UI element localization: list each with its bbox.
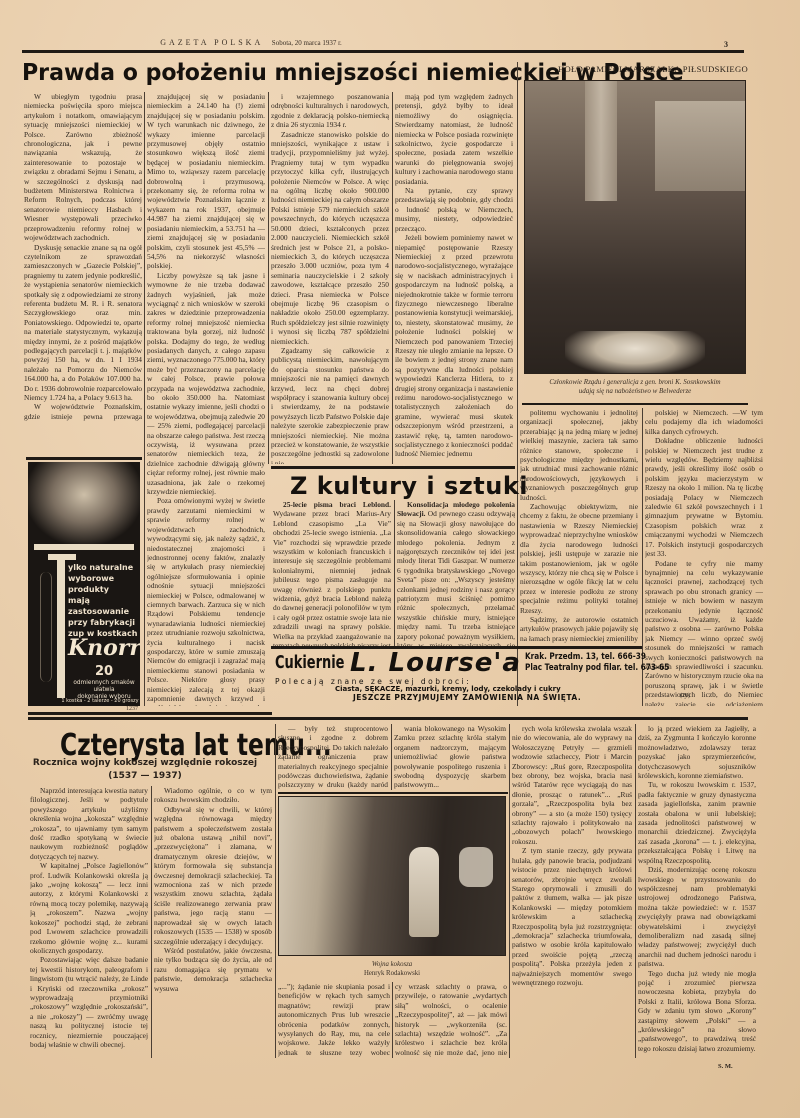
paragraph: rych wola królewska zwołała wszak nie do… — [512, 724, 632, 846]
paragraph: W województwie Poznańskim, gdzie istniej… — [24, 402, 142, 422]
flavor-count: 20 — [68, 664, 140, 679]
article-subtitle: Rocznica wojny kokoszej względnie rokosz… — [30, 758, 260, 768]
section-rule — [278, 792, 508, 794]
paragraph: mają pod tym względem żadnych pretensji,… — [395, 92, 513, 186]
paragraph: Z tym stanie rzeczy, gdy prywata hulała,… — [512, 846, 632, 987]
paragraph: Konsolidacja młodego pokolenia Słowacji.… — [397, 500, 515, 646]
paragraph: Na pytanie, czy sprawy przedstawiają się… — [395, 186, 513, 233]
paragraph: — były też stuprocentowo słuszne i zgodn… — [278, 724, 388, 790]
culture-column-2: Konsolidacja młodego pokolenia Słowacji.… — [397, 500, 515, 646]
author-signature: S. M. — [718, 1063, 733, 1070]
knorr-logo: Knorr — [68, 635, 140, 661]
ad-price: 1 kostka - 2 talerze - 20 groszy — [60, 698, 140, 704]
column-divider — [517, 62, 518, 706]
paragraph: Tu, w rokoszu lwowskim r. 1537, padła fa… — [638, 780, 756, 865]
painting-title: Wojna kokosza — [278, 960, 506, 969]
paragraph: Wśród postulatów, jakie ówczesna, nie ty… — [154, 946, 272, 993]
column-divider — [509, 724, 510, 1058]
paragraph: Wiadomo ogólnie, o co w tym rokoszu lwow… — [154, 786, 272, 805]
section-rule — [28, 712, 272, 715]
soup-pot-illustration — [28, 462, 140, 544]
painting-wojna-kokosza — [278, 796, 506, 956]
paragraph: Poza omówionymi wyżej w świetle prawdy z… — [147, 496, 265, 706]
paragraph: Dziś, modernizując ocenę rokoszu lwowski… — [638, 865, 756, 968]
history-column-4b: cy wrzask szlachty o prawa, o przywileje… — [395, 982, 507, 1058]
paragraph: lo ją przed wiekiem za Jagiełły, a dziś,… — [638, 724, 756, 780]
paragraph: politemu wychowaniu i jednolitej organiz… — [520, 408, 638, 502]
paragraph: W kapitalnej „Polsce Jagiellonów” prof. … — [30, 861, 148, 955]
history-column-1: Naprzód interesująca kwestia natury filo… — [30, 786, 148, 1058]
column-divider — [151, 786, 152, 1058]
ad-copy: ylko naturalne wyborowe produkty mają za… — [68, 562, 140, 639]
article-column-3: i wzajemnego poszanowania odrębności kul… — [271, 92, 389, 464]
paragraph: Zachowując obiektywizm, nie chcemy z fak… — [520, 502, 638, 615]
ad-line: ylko naturalne — [68, 562, 140, 573]
page-number: 3 — [724, 40, 728, 49]
section-rule — [28, 717, 748, 720]
paragraph: Odbywał się w chwili, w której względna … — [154, 805, 272, 946]
article-column-2: znajdującej się w posiadaniu niemieckim … — [147, 92, 265, 706]
paragraph: polskiej w Niemczech. —W tym celu podaje… — [645, 408, 763, 436]
ad-prefix: Cukiernie — [275, 652, 344, 673]
culture-column-1: 25-lecie pisma braci Leblond. Wydawane p… — [273, 500, 391, 646]
paragraph: Jeżeli bowiem pominiemy nawet w niepamię… — [395, 233, 513, 459]
paragraph: 25-lecie pisma braci Leblond. Wydawane p… — [273, 500, 391, 646]
paragraph: W ubiegłym tygodniu prasa niemiecka pośw… — [24, 92, 142, 243]
history-column-3b: „...”); żądanie nie skupiania posad i be… — [278, 982, 390, 1058]
lourse-logo: L. Lourse'a — [350, 648, 521, 678]
issue-date: Sobota, 20 marca 1937 r. — [272, 39, 342, 47]
paragraph: Zasadnicze stanowisko polskie do mniejsz… — [271, 130, 389, 346]
masthead-rule — [22, 50, 744, 53]
ad-reference: (28) — [680, 693, 690, 699]
ad-address: Krak. Przedm. 13, tel. 666-39 Plac Teatr… — [525, 652, 669, 674]
column-divider — [275, 724, 276, 1058]
column-divider — [392, 92, 393, 464]
caption-line: udają się na nabożeństwo w Belwederze — [524, 387, 746, 396]
history-column-5: rych wola królewska zwołała wszak nie do… — [512, 724, 632, 1058]
paragraph: Tego ducha już wtedy nie mogła pojąć i z… — [638, 969, 756, 1054]
history-column-3: — były też stuprocentowo słuszne i zgodn… — [278, 724, 388, 790]
steam-icon — [40, 572, 52, 682]
paragraph: Zgadzamy się całkowicie z publicystą nie… — [271, 346, 389, 464]
ad-line: wyborowe produkty — [68, 573, 140, 595]
column-divider — [391, 724, 392, 790]
address-line: Plac Teatralny pod filar. tel. 673-65 — [525, 663, 669, 674]
ad-line: przy fabrykacji — [68, 617, 140, 628]
photo-section-title: HOŁD PAMIĘCI MARSZAŁKA PIŁSUDSKIEGO — [522, 64, 784, 74]
knorr-advertisement: ylko naturalne wyborowe produkty mają za… — [28, 462, 140, 706]
belweder-photo — [524, 80, 746, 374]
paper-name: GAZETA POLSKA — [160, 38, 263, 47]
paragraph: wania blokowanego na Wysokim Zamku przez… — [394, 724, 506, 790]
photo-caption: Członkowie Rządu i generalicja z gen. br… — [524, 378, 746, 396]
article-continued-column-1: politemu wychowaniu i jednolitej organiz… — [520, 408, 638, 644]
newspaper-page: GAZETA POLSKA Sobota, 20 marca 1937 r. 3… — [0, 0, 800, 1118]
address-line: Krak. Przedm. 13, tel. 666-39 — [525, 652, 669, 663]
paragraph: znajdującej się w posiadaniu niemieckim … — [147, 92, 265, 271]
shelf-graphic — [34, 544, 134, 550]
paragraph: Naprzód interesująca kwestia natury filo… — [30, 786, 148, 861]
ad-line: odmiennych smaków — [68, 680, 140, 687]
column-divider — [268, 92, 269, 464]
section-rule — [271, 466, 515, 469]
column-divider — [144, 92, 145, 706]
column-divider — [394, 500, 395, 646]
history-column-2: Wiadomo ogólnie, o co w tym rokoszu lwow… — [154, 786, 272, 1058]
ad-line: JESZCZE PRZYJMUJEMY ZAMÓWIENIA NA ŚWIĘTA… — [353, 693, 581, 702]
column-divider — [392, 982, 393, 1058]
painting-artist: Henryk Rodakowski — [278, 969, 506, 978]
paragraph: Pozostawiając więc dalsze badanie tej kw… — [30, 955, 148, 1049]
painting-caption: Wojna kokosza Henryk Rodakowski — [278, 960, 506, 978]
paragraph: Sądzimy, że autorowie ostatnich artykułó… — [520, 615, 638, 644]
ad-line: mają zastosowanie — [68, 595, 140, 617]
section-rule — [522, 403, 748, 405]
paragraph: Liczby powyższe są tak jasne i wymowne ż… — [147, 271, 265, 497]
column-divider — [635, 724, 636, 1058]
article-column-1: W ubiegłym tygodniu prasa niemiecka pośw… — [24, 92, 142, 422]
article-column-4: mają pod tym względem żadnych pretensji,… — [395, 92, 513, 464]
article-years: (1537 — 1937) — [30, 771, 260, 781]
paragraph: Dyskusję senackie znane są na ogół czyte… — [24, 243, 142, 403]
lourse-advertisement: Cukiernie L. Lourse'a Krak. Przedm. 13, … — [275, 650, 693, 702]
paragraph: i wzajemnego poszanowania odrębności kul… — [271, 92, 389, 130]
ad-line: ułatwia — [68, 687, 140, 694]
letter-t-graphic — [57, 558, 65, 698]
paragraph: Dokładne obliczenie ludności polskiej w … — [645, 436, 763, 558]
history-column-6: lo ją przed wiekiem za Jagiełły, a dziś,… — [638, 724, 756, 1058]
caption-line: Członkowie Rządu i generalicja z gen. br… — [524, 378, 746, 387]
ad-line: Ciasta, SĘKACZE, mazurki, kremy, lody, c… — [335, 685, 561, 693]
culture-section-title: Z kultury i sztuki — [290, 472, 528, 500]
history-column-4: wania blokowanego na Wysokim Zamku przez… — [394, 724, 506, 790]
ad-rule — [26, 457, 142, 460]
